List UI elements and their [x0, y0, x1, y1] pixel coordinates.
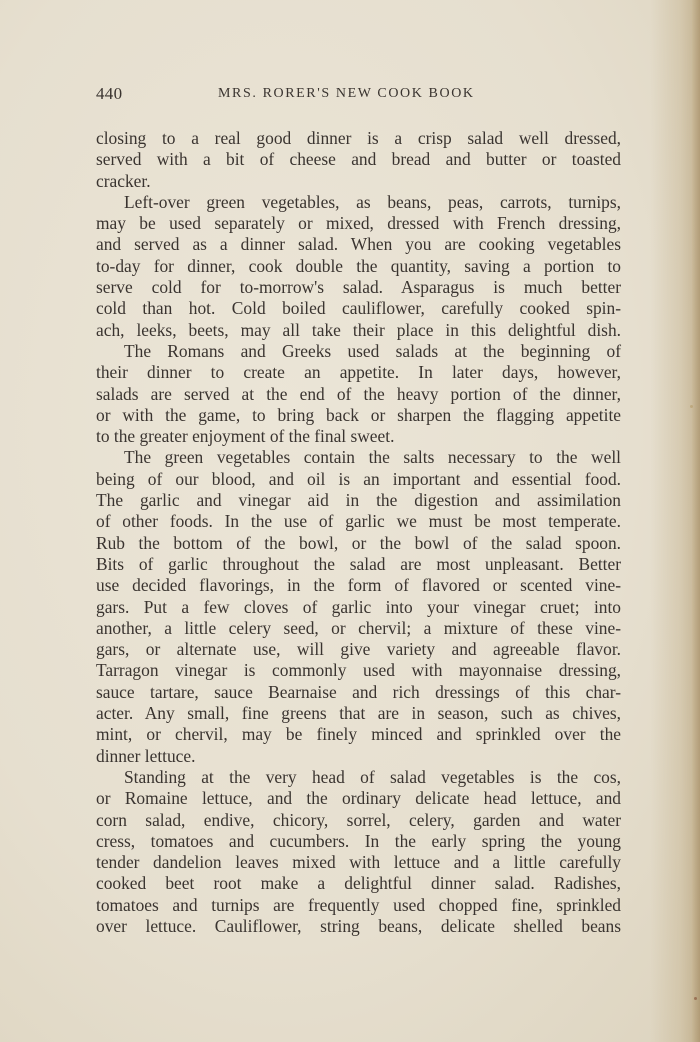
paper-speck: [690, 405, 693, 408]
paragraph-1: closing to a real good dinner is a crisp…: [96, 128, 621, 192]
text-line: tender dandelion leaves mixed with lettu…: [96, 852, 621, 873]
text-line: Standing at the very head of salad veget…: [96, 767, 621, 788]
text-line: dinner lettuce.: [96, 746, 621, 767]
text-line: of other foods. In the use of garlic we …: [96, 511, 621, 532]
text-line: mint, or chervil, may be finely minced a…: [96, 724, 621, 745]
text-line: gars. Put a few cloves of garlic into yo…: [96, 597, 621, 618]
text-line: The Romans and Greeks used salads at the…: [96, 341, 621, 362]
text-line: and served as a dinner salad. When you a…: [96, 234, 621, 255]
body-text: closing to a real good dinner is a crisp…: [96, 128, 621, 937]
page-number: 440: [96, 84, 122, 104]
page-header: 440 MRS. RORER'S NEW COOK BOOK: [96, 84, 620, 108]
text-line: served with a bit of cheese and bread an…: [96, 149, 621, 170]
text-line: to-day for dinner, cook double the quant…: [96, 256, 621, 277]
text-line: tomatoes and turnips are frequently used…: [96, 895, 621, 916]
text-line: Left-over green vegetables, as beans, pe…: [96, 192, 621, 213]
text-line: Tarragon vinegar is commonly used with m…: [96, 660, 621, 681]
text-line: to the greater enjoyment of the final sw…: [96, 426, 621, 447]
text-line: gars, or alternate use, will give variet…: [96, 639, 621, 660]
text-line: or with the game, to bring back or sharp…: [96, 405, 621, 426]
text-line: Bits of garlic throughout the salad are …: [96, 554, 621, 575]
text-line: corn salad, endive, chicory, sorrel, cel…: [96, 810, 621, 831]
text-line: The green vegetables contain the salts n…: [96, 447, 621, 468]
text-line: cooked beet root make a delightful dinne…: [96, 873, 621, 894]
paper-speck: [694, 997, 697, 1000]
text-line: cracker.: [96, 171, 621, 192]
paragraph-4: The green vegetables contain the salts n…: [96, 447, 621, 766]
text-line: sauce tartare, sauce Bearnaise and rich …: [96, 682, 621, 703]
text-line: another, a little celery seed, or chervi…: [96, 618, 621, 639]
page-edge-shadow: [692, 0, 700, 1042]
text-line: closing to a real good dinner is a crisp…: [96, 128, 621, 149]
text-line: acter. Any small, fine greens that are i…: [96, 703, 621, 724]
text-line: over lettuce. Cauliflower, string beans,…: [96, 916, 621, 937]
paragraph-5: Standing at the very head of salad veget…: [96, 767, 621, 937]
text-line: their dinner to create an appetite. In l…: [96, 362, 621, 383]
text-line: may be used separately or mixed, dressed…: [96, 213, 621, 234]
text-line: or Romaine lettuce, and the ordinary del…: [96, 788, 621, 809]
text-line: Rub the bottom of the bowl, or the bowl …: [96, 533, 621, 554]
text-line: The garlic and vinegar aid in the digest…: [96, 490, 621, 511]
book-page: 440 MRS. RORER'S NEW COOK BOOK closing t…: [0, 0, 700, 1042]
text-line: cold than hot. Cold boiled cauliflower, …: [96, 298, 621, 319]
text-line: being of our blood, and oil is an import…: [96, 469, 621, 490]
paragraph-2: Left-over green vegetables, as beans, pe…: [96, 192, 621, 341]
text-line: salads are served at the end of the heav…: [96, 384, 621, 405]
text-line: serve cold for to-morrow's salad. Aspara…: [96, 277, 621, 298]
text-line: cress, tomatoes and cucumbers. In the ea…: [96, 831, 621, 852]
running-head: MRS. RORER'S NEW COOK BOOK: [218, 86, 475, 102]
text-line: use decided flavorings, in the form of f…: [96, 575, 621, 596]
paragraph-3: The Romans and Greeks used salads at the…: [96, 341, 621, 447]
text-line: ach, leeks, beets, may all take their pl…: [96, 320, 621, 341]
